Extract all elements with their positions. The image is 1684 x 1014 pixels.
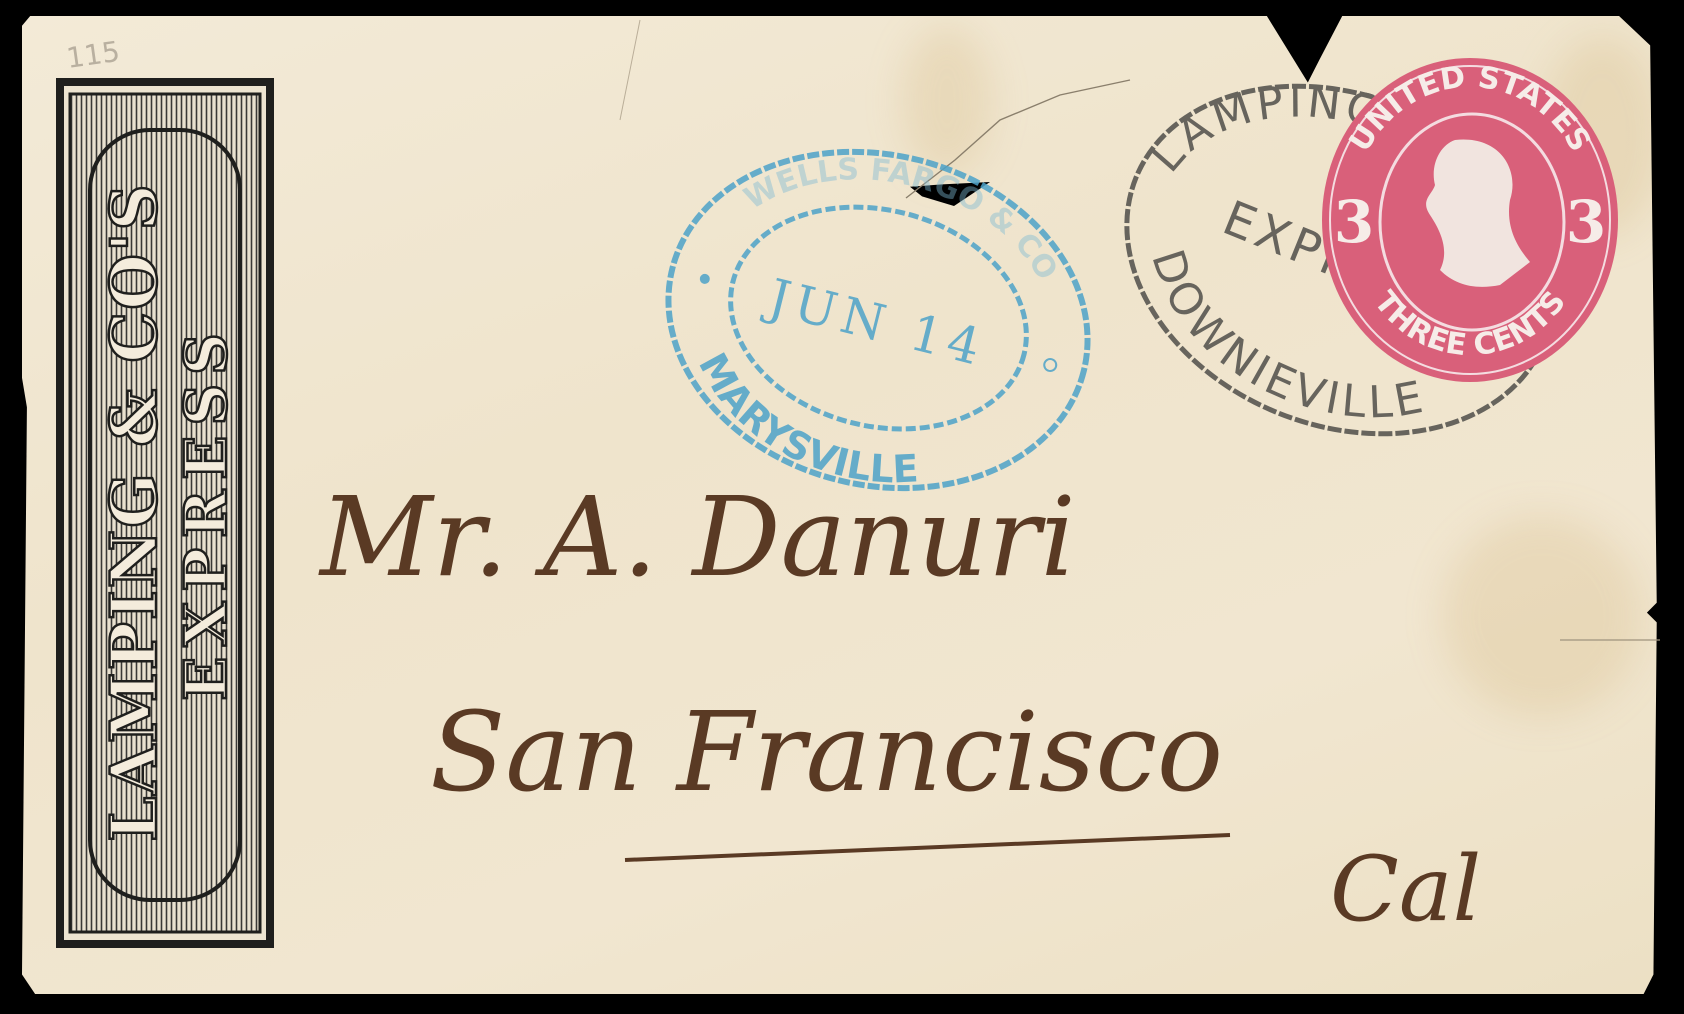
address-state: Cal <box>1330 837 1481 942</box>
pencil-note: 115 <box>64 35 122 75</box>
label-line-2: EXPRESS <box>172 323 240 701</box>
handwritten-address: Mr. A. Danuri San Francisco Cal <box>318 473 1481 942</box>
blue-oval-handstamp: WELLS FARGO & CO MARYSVILLE JUN 14 <box>631 108 1123 535</box>
express-label: LAMPING & CO'S EXPRESS <box>56 78 274 948</box>
postmark-date: JUN 14 <box>758 267 992 378</box>
embossed-stamp: UNITED STATES THREE CENTS 3 3 <box>1322 58 1618 382</box>
address-city: San Francisco <box>430 688 1223 816</box>
svg-text:WELLS FARGO & CO: WELLS FARGO & CO <box>732 119 1081 292</box>
svg-text:3: 3 <box>1566 188 1606 256</box>
address-underline <box>625 835 1230 860</box>
svg-text:3: 3 <box>1334 188 1374 256</box>
address-name: Mr. A. Danuri <box>318 473 1076 601</box>
cover-artwork: 115 LAMPING & CO'S EXPRESS WELLS FARGO &… <box>0 0 1684 1014</box>
label-line-1: LAMPING & CO'S <box>97 182 172 842</box>
